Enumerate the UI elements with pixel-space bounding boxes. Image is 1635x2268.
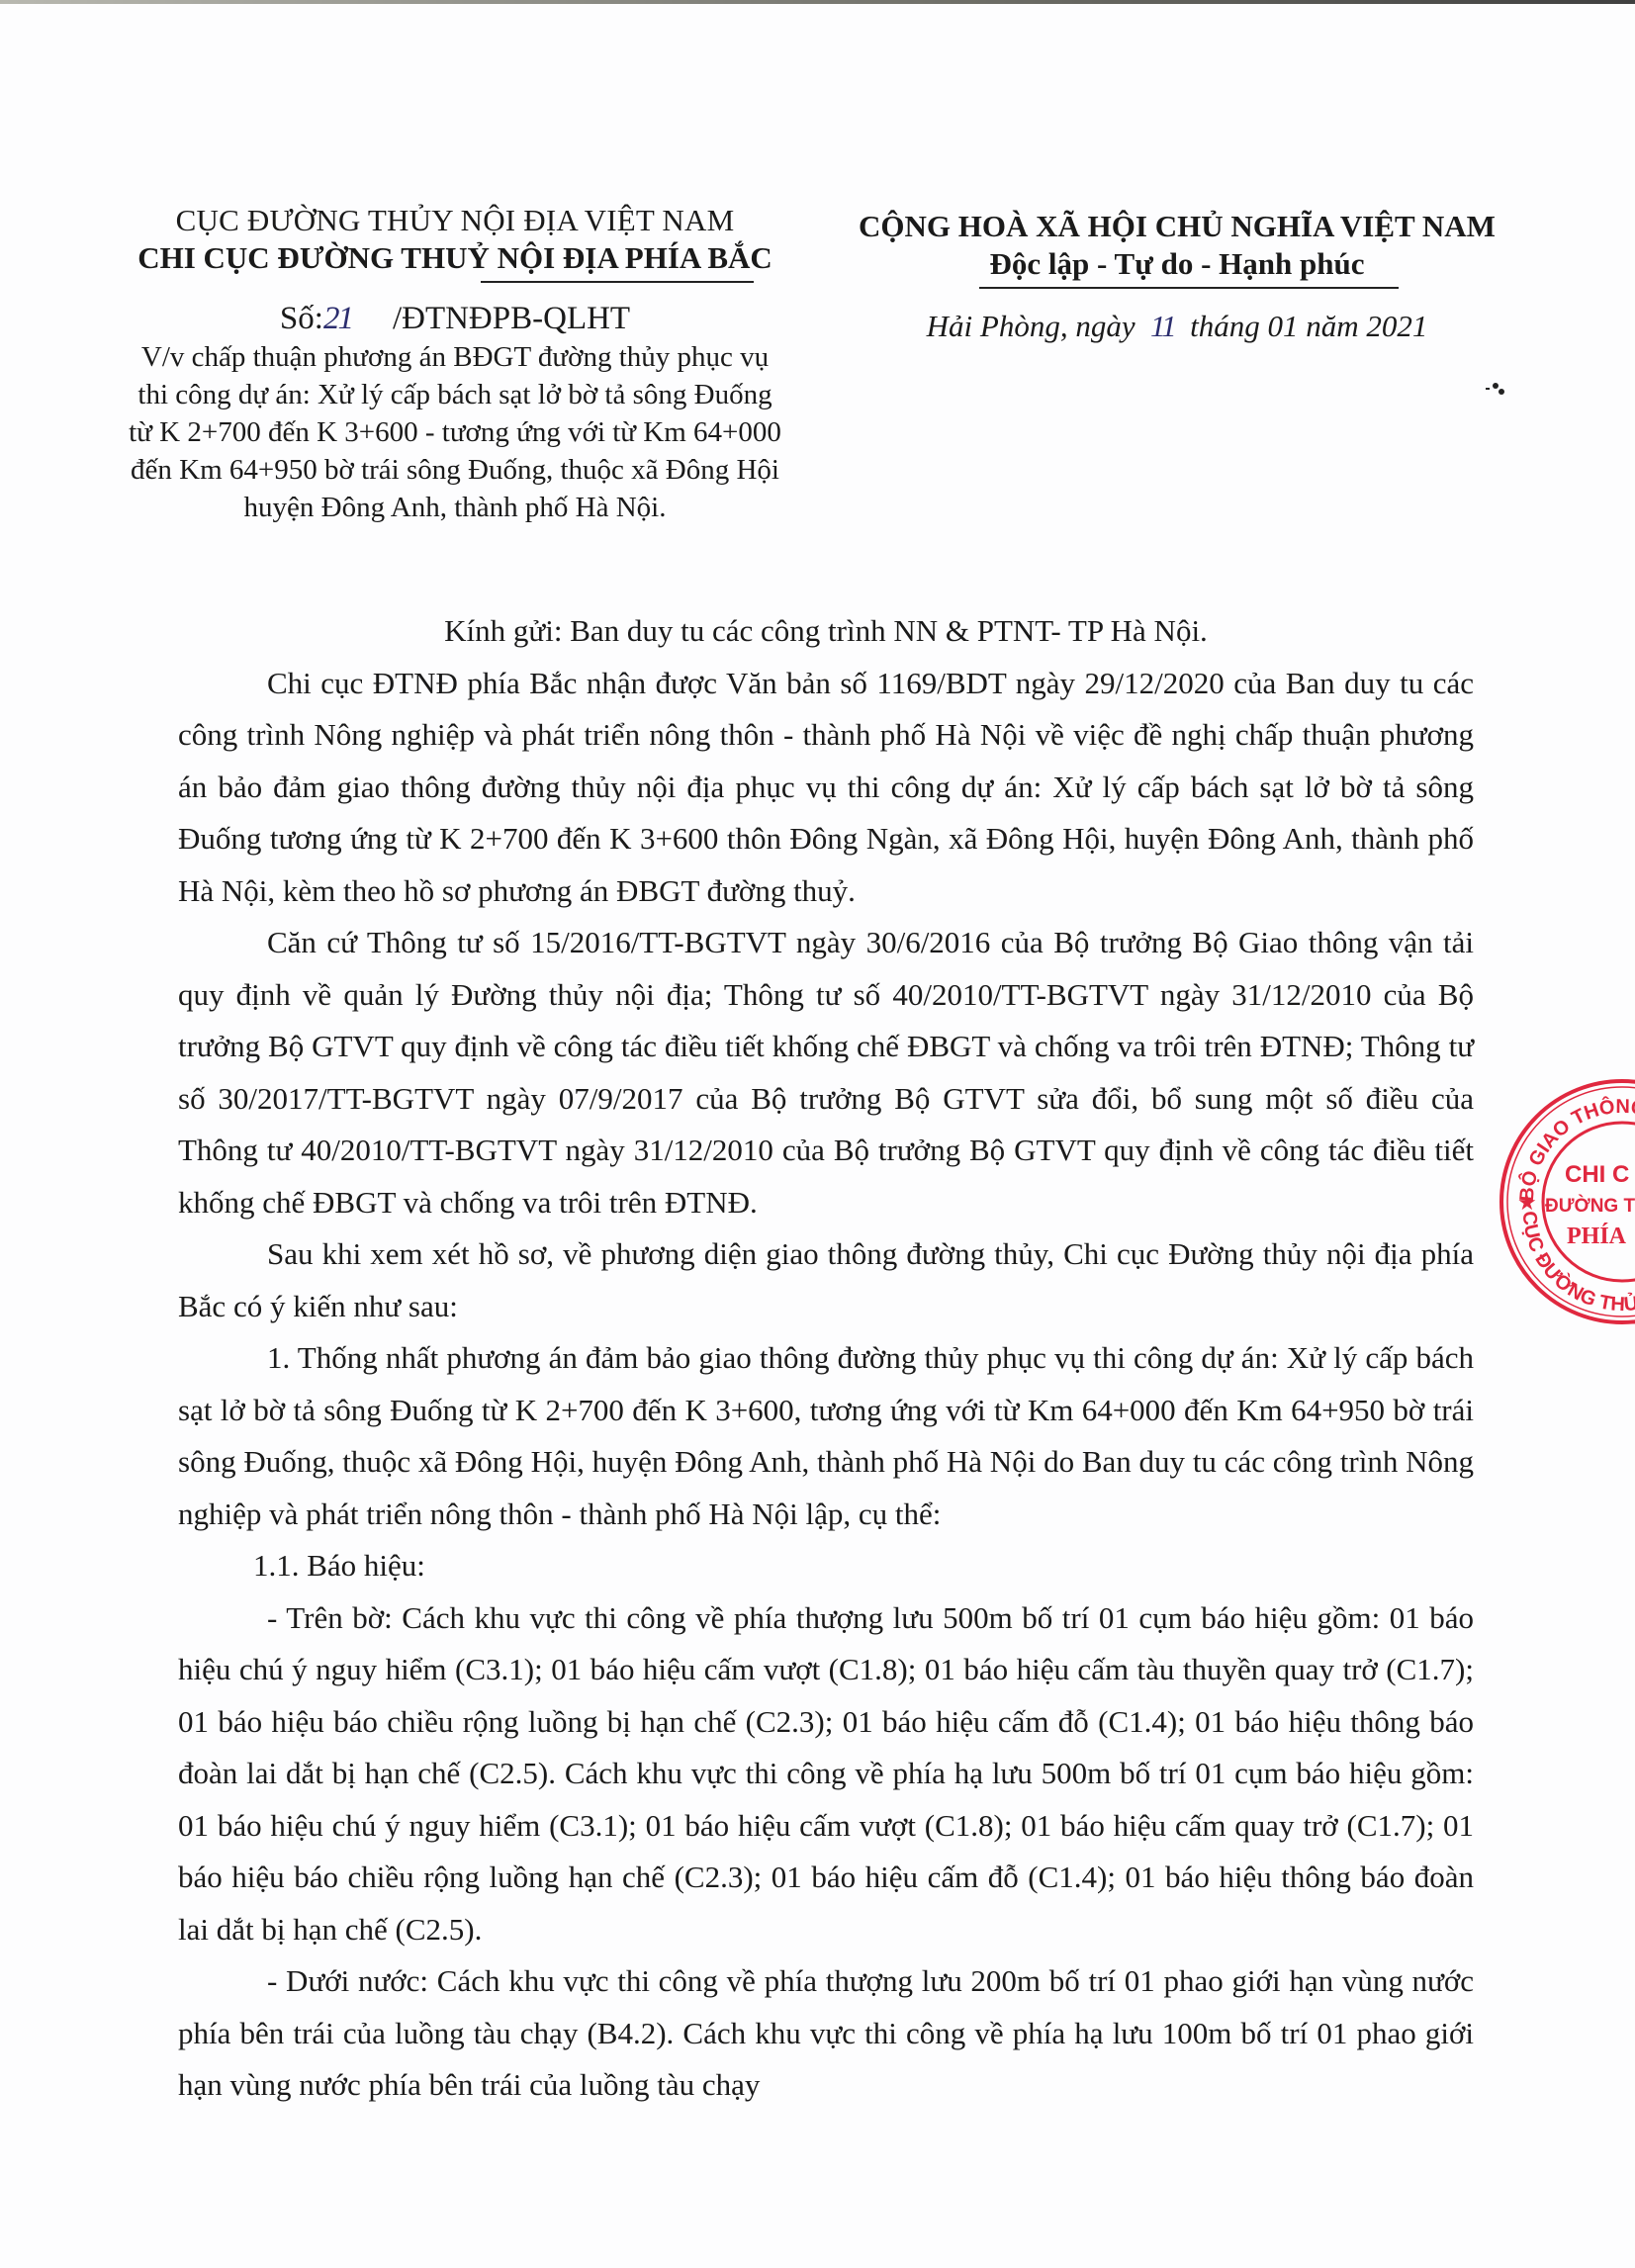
subject-line: thi công dự án: Xử lý cấp bách sạt lở bờ… <box>109 376 801 413</box>
national-motto: Độc lập - Tự do - Hạnh phúc <box>821 245 1533 283</box>
doc-number-prefix: Số: <box>280 301 323 336</box>
issuing-agency: CHI CỤC ĐƯỜNG THUỶ NỘI ĐỊA PHÍA BẮC <box>109 239 801 277</box>
subject-line: từ K 2+700 đến K 3+600 - tương ứng với t… <box>109 413 801 451</box>
subject-line: đến Km 64+950 bờ trái sông Đuống, thuộc … <box>109 451 801 489</box>
issuing-agency-block: CỤC ĐƯỜNG THỦY NỘI ĐỊA VIỆT NAM CHI CỤC … <box>109 202 801 526</box>
subject-line: V/v chấp thuận phương án BĐGT đường thủy… <box>109 338 801 376</box>
doc-number-suffix: /ĐTNĐPB-QLHT <box>393 301 630 336</box>
date-suffix: tháng 01 năm 2021 <box>1190 309 1427 343</box>
recipient-line: Kính gửi: Ban duy tu các công trình NN &… <box>178 605 1474 658</box>
agency-underline <box>481 281 754 283</box>
stamp-inner-line1: CHI C <box>1565 1161 1629 1188</box>
stamp-inner-line2: ĐƯỜNG THỦ <box>1545 1195 1635 1217</box>
body-paragraph: Sau khi xem xét hồ sơ, về phương diện gi… <box>178 1228 1474 1332</box>
national-header-block: CỘNG HOÀ XÃ HỘI CHỦ NGHĨA VIỆT NAM Độc l… <box>821 208 1533 346</box>
date-day-handwritten: 11 <box>1142 307 1182 346</box>
stamp-star-icon: ★ <box>1517 1190 1537 1215</box>
official-seal-stamp: BỘ GIAO THÔNG CỤC ĐƯỜNG THỦY ★ CHI C ĐƯỜ… <box>1494 1073 1635 1330</box>
document-number: Số:21/ĐTNĐPB-QLHT <box>109 299 801 338</box>
section-heading: 1.1. Báo hiệu: <box>178 1540 1474 1592</box>
scan-top-edge <box>0 0 1635 4</box>
parent-agency: CỤC ĐƯỜNG THỦY NỘI ĐỊA VIỆT NAM <box>109 202 801 239</box>
stamp-inner-line3: PHÍA <box>1567 1224 1627 1249</box>
date-prefix: Hải Phòng, ngày <box>927 309 1135 343</box>
section-paragraph: - Trên bờ: Cách khu vực thi công về phía… <box>178 1592 1474 1956</box>
section-paragraph: - Dưới nước: Cách khu vực thi công về ph… <box>178 1955 1474 2112</box>
subject-line: huyện Đông Anh, thành phố Hà Nội. <box>109 489 801 526</box>
body-paragraph: 1. Thống nhất phương án đảm bảo giao thô… <box>178 1332 1474 1540</box>
body-paragraph: Chi cục ĐTNĐ phía Bắc nhận được Văn bản … <box>178 658 1474 918</box>
letter-body: Kính gửi: Ban duy tu các công trình NN &… <box>178 605 1474 2112</box>
nation-title: CỘNG HOÀ XÃ HỘI CHỦ NGHĨA VIỆT NAM <box>821 208 1533 245</box>
motto-underline <box>979 287 1399 289</box>
body-paragraph: Căn cứ Thông tư số 15/2016/TT-BGTVT ngày… <box>178 917 1474 1228</box>
issue-date: Hải Phòng, ngày 11 tháng 01 năm 2021 <box>821 307 1533 346</box>
ink-speck-decoration <box>1484 378 1523 408</box>
doc-number-handwritten: 21 <box>323 299 393 338</box>
subject-block: V/v chấp thuận phương án BĐGT đường thủy… <box>109 338 801 526</box>
